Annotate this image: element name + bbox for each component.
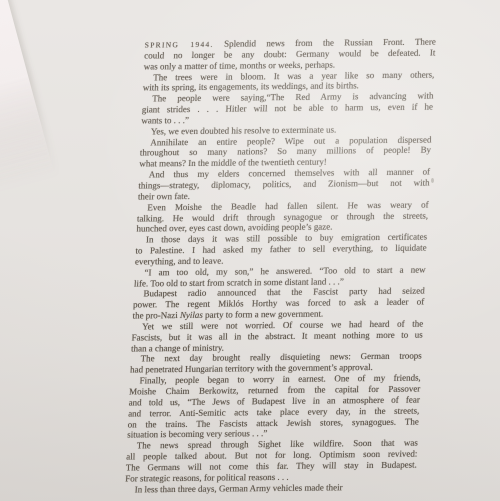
page-text: SPRING 1944. Splendid news from the Russ… (125, 36, 437, 494)
italic-text: Nyilas (180, 310, 203, 320)
print-speck (431, 178, 434, 183)
book-page-photo: SPRING 1944. Splendid news from the Russ… (0, 0, 500, 501)
smallcaps-opening: SPRING 1944. (145, 40, 214, 50)
page-corner-edge (0, 0, 64, 225)
text-line: In less than three days, German Army veh… (125, 481, 417, 495)
